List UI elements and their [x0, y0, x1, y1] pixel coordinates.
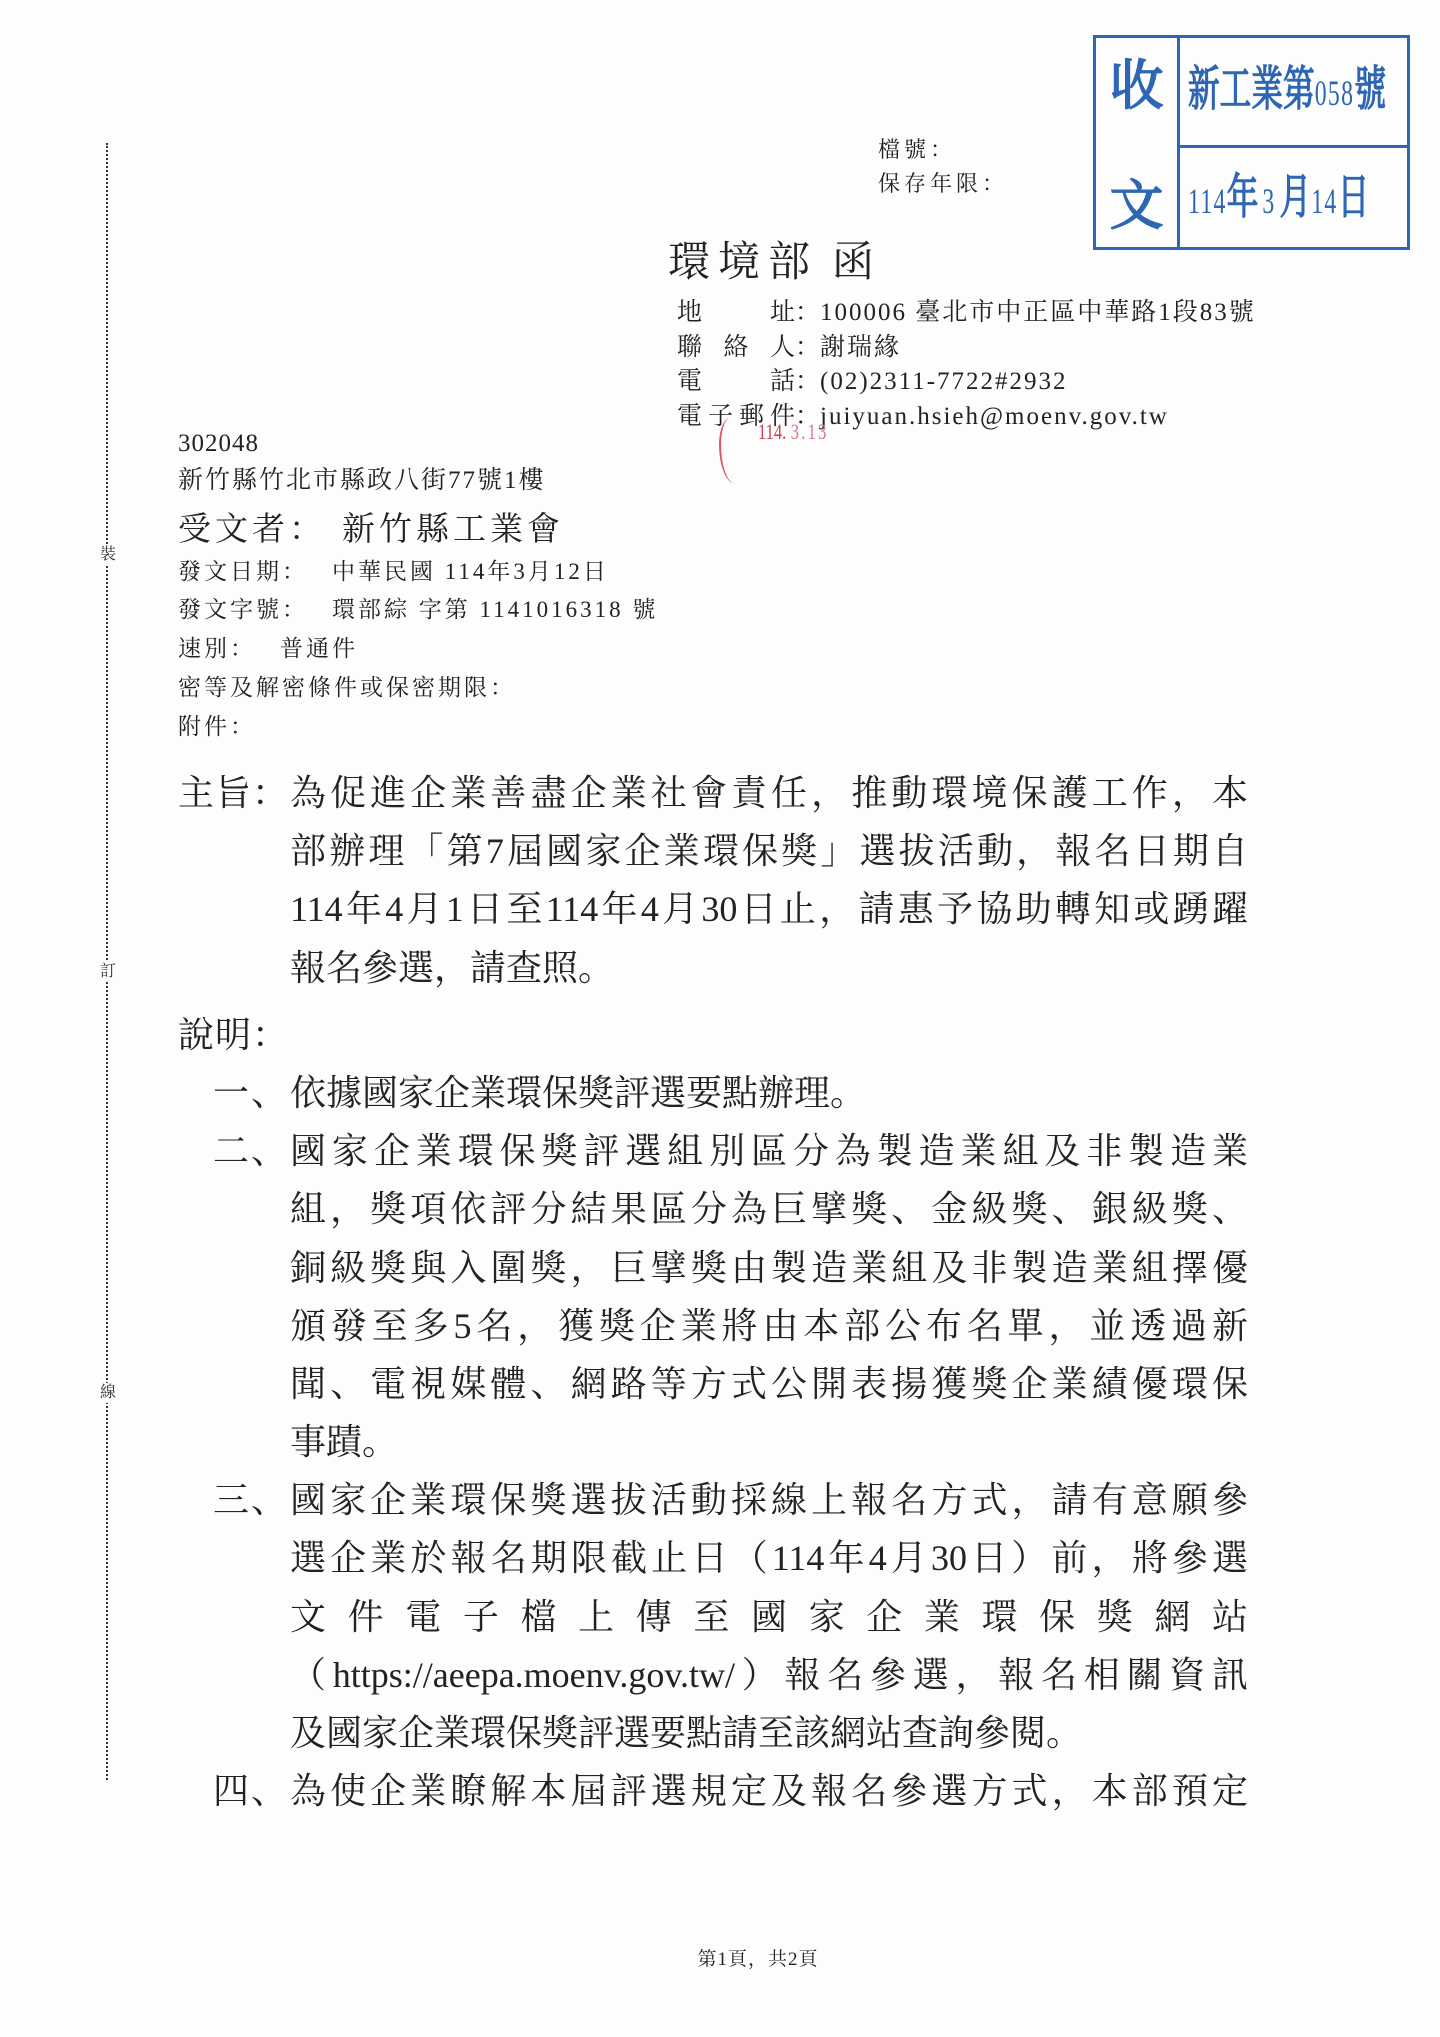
- red-stamp-month-day: 3.13: [791, 419, 829, 444]
- recipient-line: 受文者：新竹縣工業會: [178, 510, 564, 550]
- subject-line: 為促進企業善盡企業社會責任，推動環境保護工作，本: [290, 764, 1248, 822]
- explanation-item-4: 四、 為使企業瞭解本屆評選規定及報名參選方式，本部預定: [178, 1762, 1258, 1820]
- item-line: 銅級獎與入圍獎，巨擘獎由製造業組及非製造業組擇優: [290, 1239, 1248, 1297]
- contact-separator: ：: [795, 365, 820, 400]
- issuing-agency: 環境部: [668, 240, 818, 286]
- explanation-label: 說明：: [178, 1006, 1258, 1064]
- document-body: 主旨： 為促進企業善盡企業社會責任，推動環境保護工作，本 部辦理「第7屆國家企業…: [178, 764, 1258, 1820]
- issue-date-value: 中華民國 114年3月12日: [332, 559, 609, 584]
- receipt-stamp-label-bottom: 文: [1096, 176, 1177, 236]
- recipient-address: 新竹縣竹北市縣政八街77號1樓: [178, 466, 546, 496]
- contact-address-value: 100006 臺北市中正區中華路1段83號: [820, 296, 1256, 331]
- issue-number-value: 環部綜 字第 1141016318 號: [332, 597, 658, 622]
- subject-line: 114年4月1日至114年4月30日止，請惠予協助轉知或踴躍: [290, 880, 1248, 938]
- contact-phone-value: (02)2311-7722#2932: [820, 365, 1068, 400]
- receipt-date-day: 14: [1311, 181, 1337, 221]
- receipt-date: 114年3月14日: [1188, 168, 1369, 231]
- item-line: 選企業於報名期限截止日（114年4月30日）前，將參選: [290, 1529, 1248, 1587]
- speed-row: 速別：普通件: [178, 634, 358, 664]
- item-line: 國家企業環保獎選拔活動採線上報名方式，請有意願參: [290, 1471, 1248, 1529]
- contact-person-label: 聯絡人: [677, 331, 795, 366]
- item-marker: 三、: [213, 1471, 290, 1529]
- receipt-stamp-label-column: 收 文: [1096, 38, 1180, 247]
- receipt-date-day-unit: 日: [1338, 171, 1370, 224]
- binding-label-top: 裝: [97, 545, 119, 565]
- subject-label: 主旨：: [178, 764, 290, 822]
- item-line: 依據國家企業環保獎評選要點辦理。: [290, 1064, 1248, 1122]
- item-line: 事蹟。: [290, 1413, 1248, 1471]
- contact-email-value: juiyuan.hsieh@moenv.gov.tw: [820, 400, 1169, 435]
- item-line: 為使企業瞭解本屆評選規定及報名參選方式，本部預定: [290, 1762, 1248, 1820]
- red-stamp-year: 114.: [758, 419, 786, 444]
- receipt-number-cell: 新工業第058號: [1180, 38, 1407, 148]
- item-text: 國家企業環保獎選拔活動採線上報名方式，請有意願參 選企業於報名期限截止日（114…: [290, 1471, 1248, 1762]
- document-title: 環境部函: [668, 238, 882, 288]
- explanation-item-1: 一、 依據國家企業環保獎評選要點辦理。: [178, 1064, 1258, 1122]
- recipient-postal-code: 302048: [178, 430, 259, 458]
- receipt-stamp: 收 文 新工業第058號 114年3月14日: [1093, 35, 1410, 250]
- contact-address-label: 地址: [677, 296, 795, 331]
- item-marker: 一、: [213, 1064, 290, 1122]
- item-text: 國家企業環保獎評選組別區分為製造業組及非製造業 組，獎項依評分結果區分為巨擘獎、…: [290, 1122, 1248, 1471]
- item-marker: 二、: [213, 1122, 290, 1180]
- sender-contact-block: 地址：100006 臺北市中正區中華路1段83號 聯絡人：謝瑞緣 電話：(02)…: [677, 296, 1256, 434]
- item-marker: 四、: [213, 1762, 290, 1820]
- receipt-number-suffix: 號: [1354, 63, 1386, 116]
- red-date-stamp: 114.3.13: [758, 420, 829, 444]
- receipt-date-year-unit: 年: [1227, 171, 1259, 224]
- receipt-number-prefix: 新工業第: [1188, 63, 1315, 116]
- contact-address-row: 地址：100006 臺北市中正區中華路1段83號: [677, 296, 1256, 331]
- issue-number-label: 發文字號：: [178, 597, 308, 622]
- receipt-date-month: 3: [1262, 181, 1275, 221]
- subject-line: 報名參選，請查照。: [290, 939, 1248, 997]
- explanation-item-2: 二、 國家企業環保獎評選組別區分為製造業組及非製造業 組，獎項依評分結果區分為巨…: [178, 1122, 1258, 1471]
- attachment-row: 附件：: [178, 712, 280, 742]
- subject-text: 為促進企業善盡企業社會責任，推動環境保護工作，本 部辦理「第7屆國家企業環保獎」…: [290, 764, 1248, 997]
- receipt-stamp-label-top: 收: [1096, 56, 1177, 116]
- item-line: 國家企業環保獎評選組別區分為製造業組及非製造業: [290, 1122, 1248, 1180]
- receipt-number: 新工業第058號: [1188, 60, 1386, 123]
- item-text: 為使企業瞭解本屆評選規定及報名參選方式，本部預定: [290, 1762, 1248, 1820]
- receipt-date-month-unit: 月: [1280, 171, 1312, 224]
- contact-person-value: 謝瑞緣: [820, 331, 901, 366]
- explanation-item-3: 三、 國家企業環保獎選拔活動採線上報名方式，請有意願參 選企業於報名期限截止日（…: [178, 1471, 1258, 1762]
- retention-period-label: 保存年限：: [878, 171, 1008, 197]
- classification-label: 密等及解密條件或保密期限：: [178, 675, 516, 700]
- issue-date-row: 發文日期：中華民國 114年3月12日: [178, 557, 609, 587]
- item-text: 依據國家企業環保獎評選要點辦理。: [290, 1064, 1248, 1122]
- issue-number-row: 發文字號：環部綜 字第 1141016318 號: [178, 595, 658, 625]
- page-number: 第1頁，共2頁: [0, 1947, 1440, 1973]
- red-stamp-arc: [719, 418, 747, 484]
- contact-phone-row: 電話：(02)2311-7722#2932: [677, 365, 1256, 400]
- item-line: 組，獎項依評分結果區分為巨擘獎、金級獎、銀級獎、: [290, 1180, 1248, 1238]
- item-line: 聞、電視媒體、網路等方式公開表揚獲獎企業績優環保: [290, 1355, 1248, 1413]
- issue-date-label: 發文日期：: [178, 559, 308, 584]
- item-line-with-url: （https://aeepa.moenv.gov.tw/）報名參選，報名相關資訊: [290, 1646, 1248, 1704]
- item-line: 及國家企業環保獎評選要點請至該網站查詢參閱。: [290, 1704, 1248, 1762]
- item-line: 頒發至多5名，獲獎企業將由本部公布名單，並透過新: [290, 1297, 1248, 1355]
- receipt-number-handwritten: 058: [1315, 73, 1355, 113]
- speed-label: 速別：: [178, 636, 256, 661]
- document-type: 函: [832, 240, 882, 286]
- contact-phone-label: 電話: [677, 365, 795, 400]
- file-number-label: 檔號：: [878, 137, 956, 163]
- contact-separator: ：: [795, 296, 820, 331]
- classification-row: 密等及解密條件或保密期限：: [178, 673, 540, 703]
- item-line: 文件電子檔上傳至國家企業環保獎網站: [290, 1588, 1248, 1646]
- subject-line: 部辦理「第7屆國家企業環保獎」選拔活動，報名日期自: [290, 822, 1248, 880]
- speed-value: 普通件: [280, 636, 358, 661]
- binding-label-middle: 訂: [97, 962, 119, 982]
- attachment-label: 附件：: [178, 714, 256, 739]
- recipient-label: 受文者：: [178, 512, 326, 548]
- subject-section: 主旨： 為促進企業善盡企業社會責任，推動環境保護工作，本 部辦理「第7屆國家企業…: [178, 764, 1258, 997]
- contact-separator: ：: [795, 331, 820, 366]
- binding-label-bottom: 線: [97, 1383, 119, 1403]
- recipient-name: 新竹縣工業會: [342, 512, 564, 548]
- receipt-date-cell: 114年3月14日: [1180, 148, 1407, 247]
- contact-person-row: 聯絡人：謝瑞緣: [677, 331, 1256, 366]
- receipt-date-year: 114: [1188, 181, 1227, 221]
